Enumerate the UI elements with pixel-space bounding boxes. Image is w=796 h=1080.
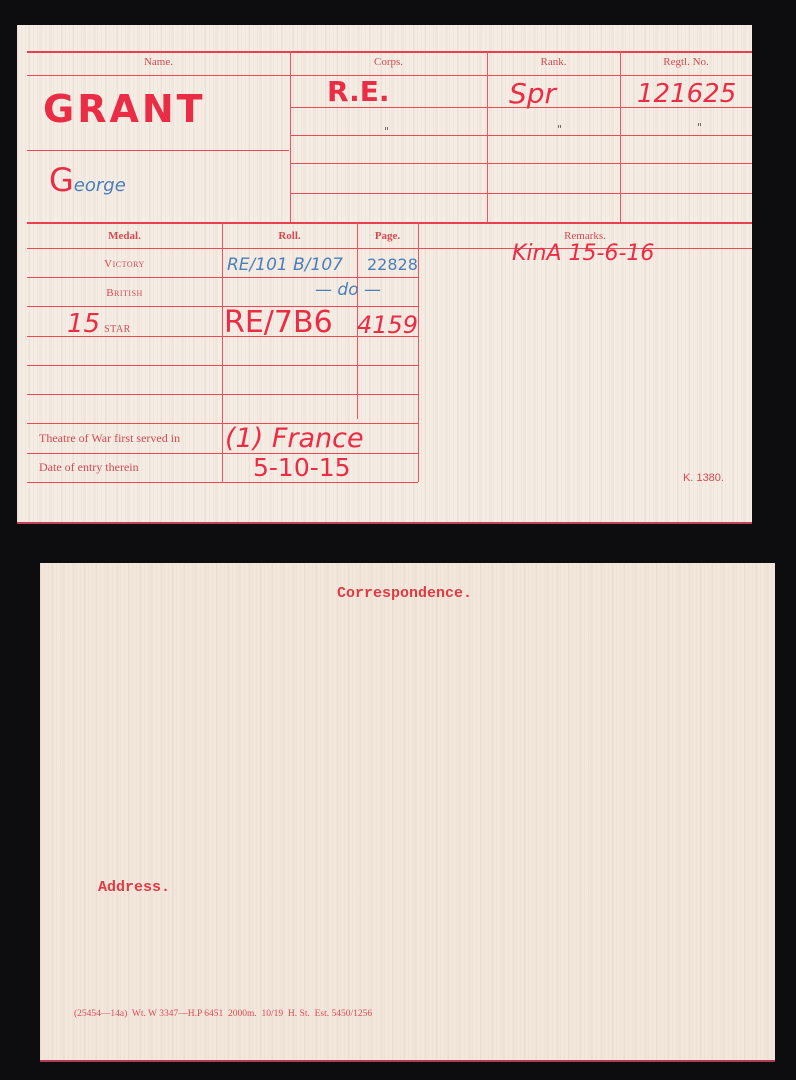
medal-card-front: Name. Corps. Rank. Regtl. No. GRANT Geor… [17,25,752,524]
medal-card-back: Correspondence. Address. (25454—14a) Wt.… [40,563,775,1062]
date-of-entry-label: Date of entry therein [39,460,139,475]
service-row-rule-2 [290,135,752,136]
page-remarks-divider [418,223,419,482]
rank-regtl-divider [620,52,621,222]
british-page-value: — do — [315,280,381,300]
corps-value: R.E. [327,75,389,108]
corps-ditto: " [384,125,389,138]
forename-value: George [49,161,126,199]
service-row-rule-4 [290,193,752,194]
rank-ditto: " [557,123,562,136]
regtl-no-header: Regtl. No. [620,56,752,68]
star-roll-value: RE/7B6 [224,305,333,340]
rank-value: Spr [509,77,556,110]
star-printed-label: Star [104,324,131,335]
address-label: Address. [98,879,170,896]
corps-rank-divider [487,52,488,222]
rank-header: Rank. [487,56,620,68]
date-of-entry-value: 5-10-15 [253,453,351,482]
corps-header: Corps. [290,56,487,68]
theatre-value: (1) France [225,423,364,454]
section-divider-rule [27,222,752,224]
theatre-label: Theatre of War first served in [39,431,180,446]
service-row-rule-3 [290,163,752,164]
name-corps-divider [290,52,291,222]
roll-header: Roll. [222,230,357,242]
medal-15-star-label: 15 Star [67,309,131,339]
medal-victory-label: Victory [27,258,222,270]
remarks-value: KinA 15-6-16 [512,241,654,266]
medal-british-label: British [27,287,222,299]
regtl-ditto: " [697,121,702,134]
name-header: Name. [27,56,290,68]
regtl-no-value: 121625 [637,79,736,109]
date-rule [27,482,418,483]
medal-roll-divider [222,223,223,482]
page-header: Page. [357,230,418,242]
victory-page-value: 22828 [367,255,418,274]
form-code: K. 1380. [683,472,724,484]
header-rule [27,75,752,76]
star-page-value: 4159 [357,311,418,339]
top-rule [27,51,752,53]
name-divider-rule [27,150,289,151]
correspondence-heading: Correspondence. [337,585,472,602]
star-year-prefix: 15 [67,309,100,339]
printer-imprint: (25454—14a) Wt. W 3347—H.P 6451 2000m. 1… [74,1009,372,1019]
medal-header: Medal. [27,230,222,242]
surname-value: GRANT [43,87,206,131]
victory-roll-value: RE/101 B/107 [227,255,343,275]
